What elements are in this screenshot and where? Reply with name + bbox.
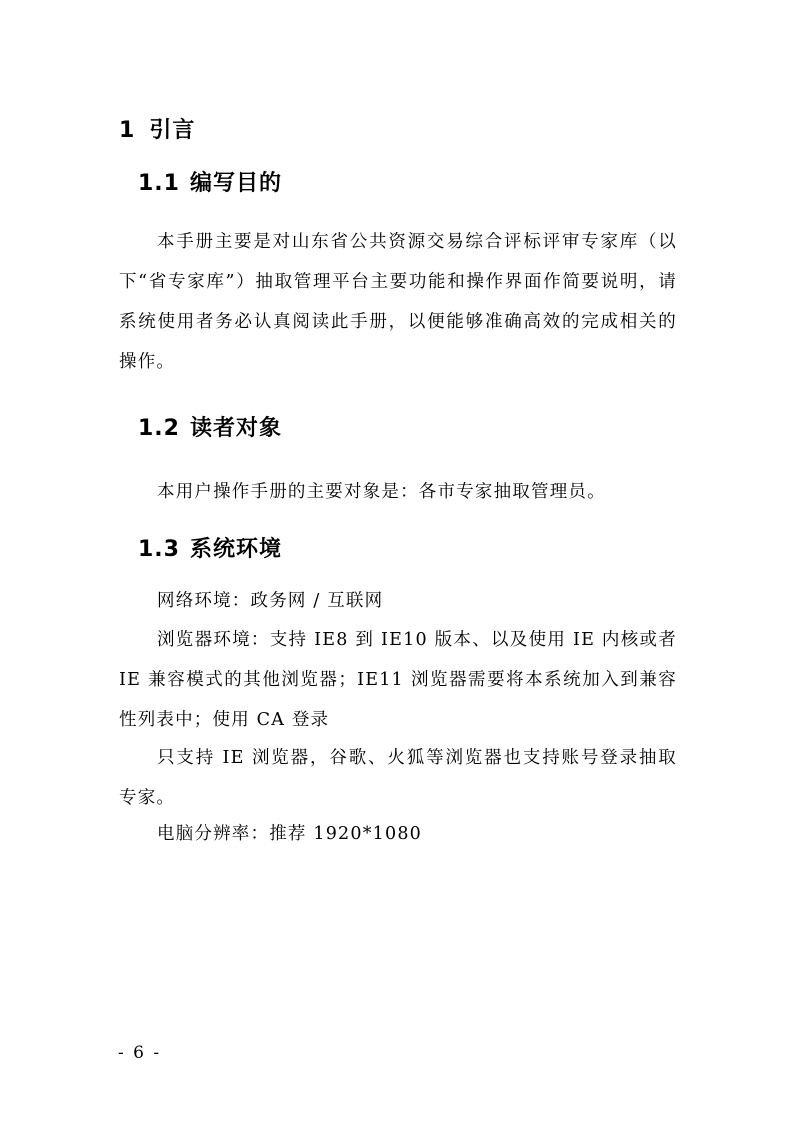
purpose-paragraph: 本手册主要是对山东省公共资源交易综合评标评审专家库（以下“省专家库”）抽取管理平… — [119, 222, 677, 382]
heading-title: 引言 — [149, 118, 195, 143]
heading-number: 1.2 — [138, 416, 180, 441]
audience-paragraph: 本用户操作手册的主要对象是：各市专家抽取管理员。 — [157, 478, 606, 503]
document-page: 1引言 1.1编写目的 本手册主要是对山东省公共资源交易综合评标评审专家库（以下… — [0, 0, 793, 1122]
heading-1-intro: 1引言 — [119, 113, 195, 144]
heading-title: 编写目的 — [190, 171, 282, 196]
page-number: - 6 - — [118, 1043, 161, 1063]
network-environment: 网络环境：政务网 / 互联网 — [157, 587, 383, 612]
heading-number: 1.1 — [138, 171, 180, 196]
screen-resolution: 电脑分辨率：推荐 1920*1080 — [157, 820, 422, 845]
heading-1-1-purpose: 1.1编写目的 — [138, 166, 282, 197]
heading-1-2-audience: 1.2读者对象 — [138, 411, 282, 442]
heading-number: 1 — [119, 118, 135, 143]
browser-note: 只支持 IE 浏览器，谷歌、火狐等浏览器也支持账号登录抽取专家。 — [119, 738, 677, 818]
browser-environment: 浏览器环境：支持 IE8 到 IE10 版本、以及使用 IE 内核或者 IE 兼… — [119, 620, 677, 740]
heading-number: 1.3 — [138, 537, 180, 562]
heading-title: 系统环境 — [190, 537, 282, 562]
heading-title: 读者对象 — [190, 416, 282, 441]
heading-1-3-environment: 1.3系统环境 — [138, 532, 282, 563]
